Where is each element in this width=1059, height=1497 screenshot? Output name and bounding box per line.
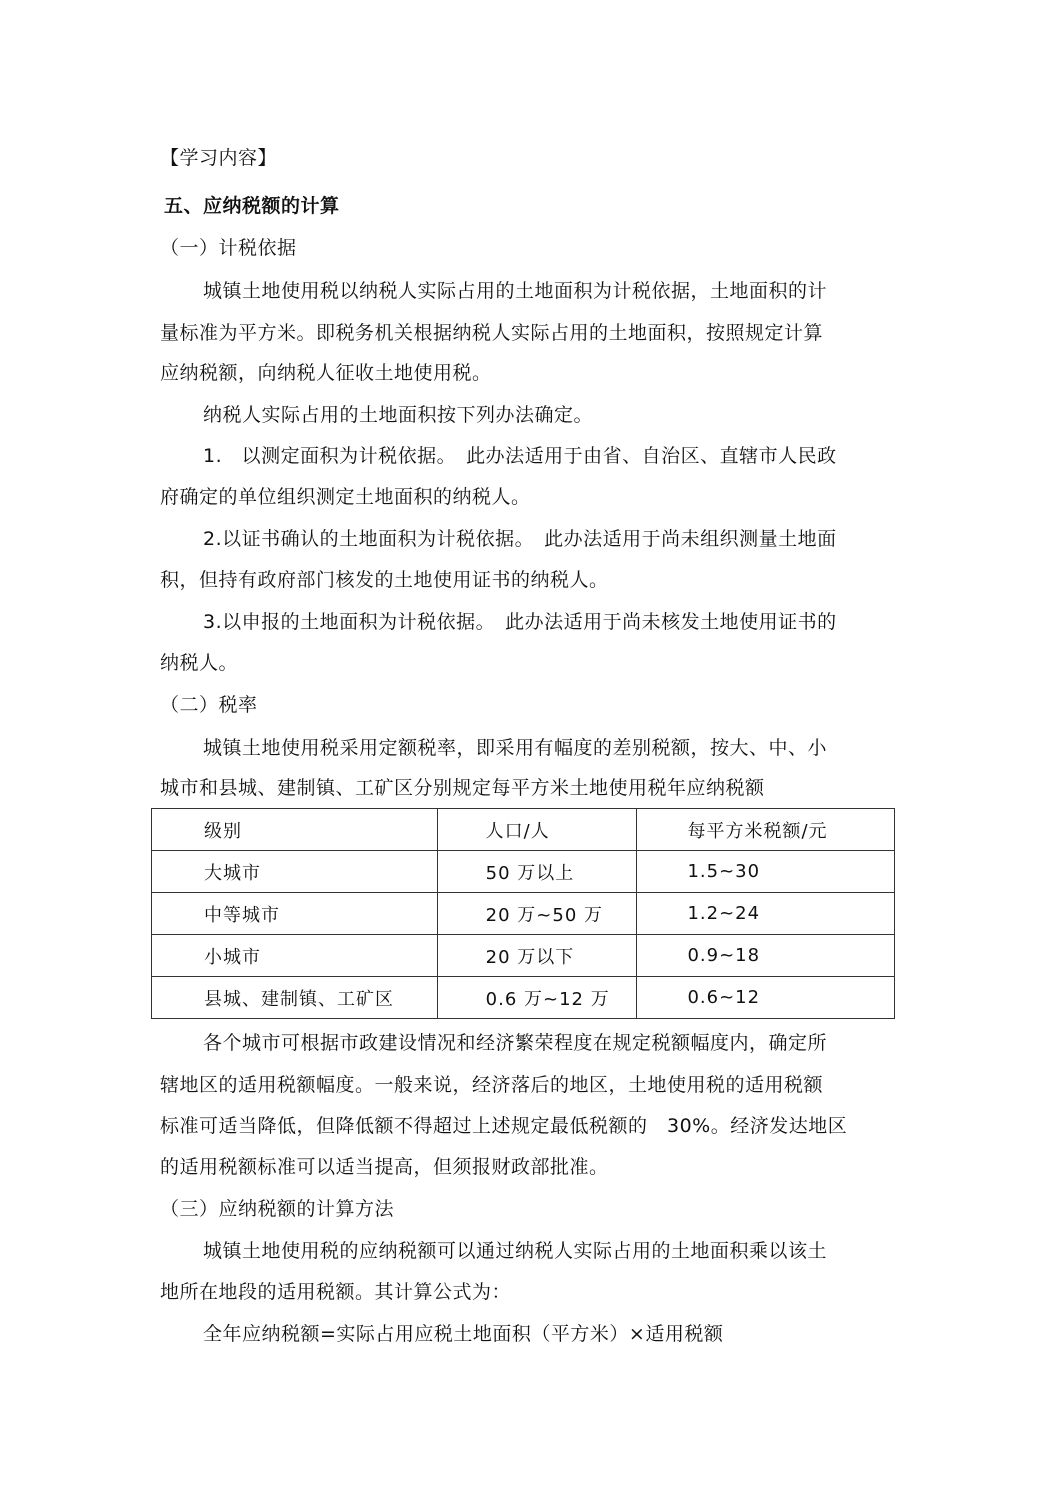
- heading-basis: （一）计税依据: [160, 236, 297, 260]
- cell-population: 50 万以上: [437, 851, 637, 893]
- list-item-2-cont: 积，但持有政府部门核发的土地使用证书的纳税人。: [160, 568, 609, 592]
- list-item-2: 2.以证书确认的土地面积为计税依据。 此办法适用于尚未组织测量土地面: [203, 527, 837, 551]
- paragraph-line: 城镇土地使用税采用定额税率，即采用有幅度的差别税额，按大、中、小: [203, 736, 827, 760]
- cell-population: 20 万~50 万: [437, 893, 637, 935]
- formula: 全年应纳税额=实际占用应税土地面积（平方米）×适用税额: [203, 1322, 723, 1346]
- list-item-1-cont: 府确定的单位组织测定土地面积的纳税人。: [160, 485, 531, 509]
- cell-level: 中等城市: [152, 893, 438, 935]
- paragraph-line: 各个城市可根据市政建设情况和经济繁荣程度在规定税额幅度内，确定所: [203, 1031, 827, 1055]
- heading-rate: （二）税率: [160, 693, 258, 717]
- header-level: 级别: [152, 809, 438, 851]
- cell-level: 县城、建制镇、工矿区: [152, 977, 438, 1019]
- paragraph-line: 城镇土地使用税以纳税人实际占用的土地面积为计税依据，土地面积的计: [203, 279, 827, 303]
- paragraph-line: 纳税人实际占用的土地面积按下列办法确定。: [203, 403, 593, 427]
- list-item-3-cont: 纳税人。: [160, 651, 238, 675]
- paragraph-line: 标准可适当降低，但降低额不得超过上述规定最低税额的 30%。经济发达地区: [160, 1114, 847, 1138]
- cell-tax: 0.6~12: [637, 977, 895, 1019]
- cell-level: 大城市: [152, 851, 438, 893]
- list-item-3: 3.以申报的土地面积为计税依据。 此办法适用于尚未核发土地使用证书的: [203, 610, 837, 634]
- page-title: 五、应纳税额的计算: [164, 194, 340, 218]
- document-page: 【学习内容】 五、应纳税额的计算 （一）计税依据 城镇土地使用税以纳税人实际占用…: [0, 0, 1059, 1497]
- cell-tax: 1.2~24: [637, 893, 895, 935]
- table-row: 县城、建制镇、工矿区 0.6 万~12 万 0.6~12: [152, 977, 895, 1019]
- cell-tax: 0.9~18: [637, 935, 895, 977]
- paragraph-line: 城镇土地使用税的应纳税额可以通过纳税人实际占用的土地面积乘以该土: [203, 1239, 827, 1263]
- paragraph-line: 的适用税额标准可以适当提高，但须报财政部批准。: [160, 1155, 609, 1179]
- paragraph-line: 辖地区的适用税额幅度。一般来说，经济落后的地区，土地使用税的适用税额: [160, 1073, 823, 1097]
- table-header-row: 级别 人口/人 每平方米税额/元: [152, 809, 895, 851]
- table-row: 大城市 50 万以上 1.5~30: [152, 851, 895, 893]
- cell-population: 20 万以下: [437, 935, 637, 977]
- cell-level: 小城市: [152, 935, 438, 977]
- cell-population: 0.6 万~12 万: [437, 977, 637, 1019]
- header-population: 人口/人: [437, 809, 637, 851]
- table-row: 小城市 20 万以下 0.9~18: [152, 935, 895, 977]
- cell-tax: 1.5~30: [637, 851, 895, 893]
- header-tax-per-sqm: 每平方米税额/元: [637, 809, 895, 851]
- section-label: 【学习内容】: [160, 146, 277, 170]
- table-row: 中等城市 20 万~50 万 1.2~24: [152, 893, 895, 935]
- heading-calculation: （三）应纳税额的计算方法: [160, 1197, 394, 1221]
- paragraph-line: 城市和县城、建制镇、工矿区分别规定每平方米土地使用税年应纳税额: [160, 776, 765, 800]
- list-item-1: 1. 以测定面积为计税依据。 此办法适用于由省、自治区、直辖市人民政: [203, 444, 837, 468]
- paragraph-line: 应纳税额，向纳税人征收土地使用税。: [160, 361, 492, 385]
- paragraph-line: 量标准为平方米。即税务机关根据纳税人实际占用的土地面积，按照规定计算: [160, 321, 823, 345]
- tax-rate-table: 级别 人口/人 每平方米税额/元 大城市 50 万以上 1.5~30 中等城市 …: [151, 808, 895, 1019]
- paragraph-line: 地所在地段的适用税额。其计算公式为：: [160, 1280, 511, 1304]
